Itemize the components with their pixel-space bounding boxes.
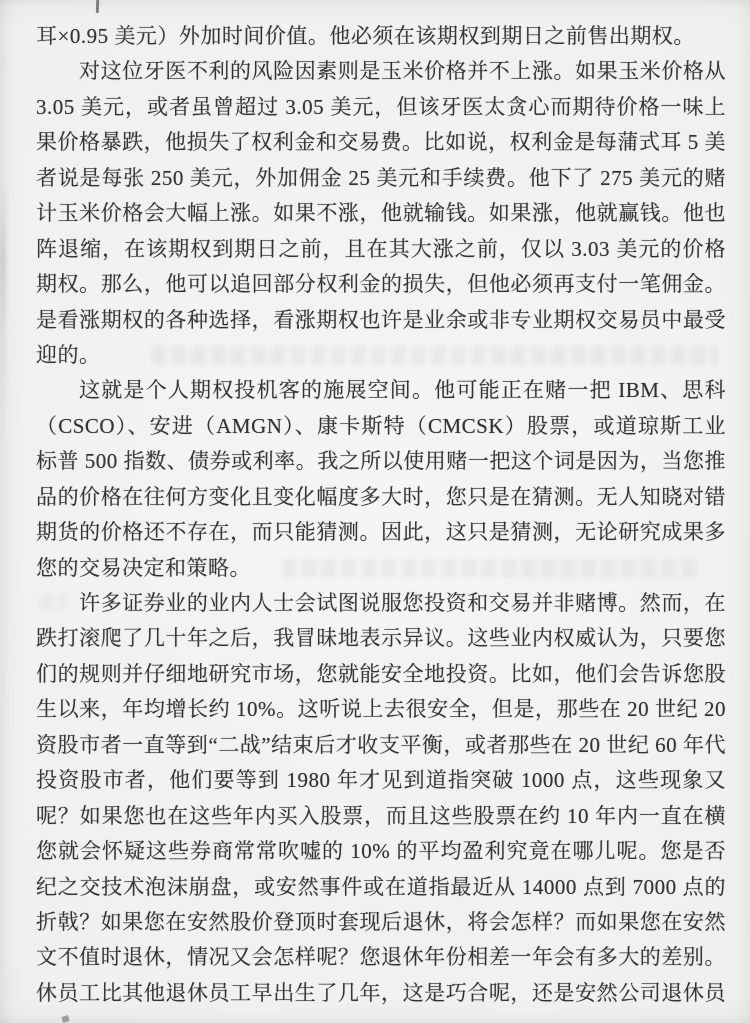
text-line: 期权。那么，他可以追回部分权利金的损失，但他必须再支付一笔佣金。上述都	[36, 267, 726, 302]
scanned-book-page: 耳×0.95 美元）外加时间价值。他必须在该期权到期日之前售出期权。对这位牙医不…	[0, 0, 750, 1023]
text-line: 您就会怀疑这些券商常常吹嘘的 10% 的平均盈利究竟在哪儿呢。您是否也在世	[36, 834, 726, 869]
bleed-through-ghost-text	[40, 594, 66, 610]
text-line: 跌打滚爬了几十年之后，我冒昧地表示异议。这些业内权威认为，只要您遵循他	[36, 621, 726, 656]
text-line: 阵退缩，在该期权到期日之前，且在其大涨之前，仅以 3.03 美元的价格售出该	[36, 232, 726, 267]
text-line: 呢？如果您也在这些年内买入股票，而且这些股票在约 10 年内一直在横盘调整，	[36, 799, 726, 834]
scan-edge-mark	[96, 0, 99, 13]
text-line: 折戟？如果您在安然股价登顶时套现后退休，将会怎样？而如果您在安然股价一	[36, 905, 726, 940]
text-line: 休员工比其他退休员工早出生了几年，这是巧合呢，还是安然公司退休员工计划	[36, 976, 726, 1011]
text-line: 果价格暴跌，他损失了权利金和交易费。比如说，权利金是每蒲式耳 5 美分，或	[36, 125, 726, 160]
text-line: 资股市者一直等到“二战”结束后才收支平衡，或者那些在 20 世纪 60 年代中期	[36, 728, 726, 763]
text-line: 这就是个人期权投机客的施展空间。他可能正在赌一把 IBM、思科	[36, 373, 726, 408]
text-line: 文不值时退休，情况又会怎样呢？您退休年份相差一年会有多大的差别。某些退	[36, 940, 726, 975]
text-line: 们的规则并仔细地研究市场，您就能安全地投资。比如，他们会告诉您股市自诞	[36, 657, 726, 692]
text-line: 投资股市者，他们要等到 1980 年才见到道指突破 1000 点，这些现象又如何…	[36, 763, 726, 798]
text-line: 对这位牙医不利的风险因素则是玉米价格并不上涨。如果玉米价格从未超过	[36, 54, 726, 89]
text-line: 计玉米价格会大幅上涨。如果不涨，他就输钱。如果涨，他就赢钱。他也可能临	[36, 196, 726, 231]
text-line: 许多证券业的业内人士会试图说服您投资和交易并非赌博。然而，在该行业	[36, 586, 726, 621]
bleed-through-ghost-text	[282, 559, 702, 578]
scan-left-smudge	[0, 180, 6, 440]
text-line: （CSCO）、安进（AMGN）、康卡斯特（CMCSK）股票，或道琼斯工业平均指数…	[36, 409, 726, 444]
text-line: 纪之交技术泡沫崩盘，或安然事件或在道指最近从 14000 点到 7000 点的跳…	[36, 870, 726, 905]
page-text: 耳×0.95 美元）外加时间价值。他必须在该期权到期日之前售出期权。对这位牙医不…	[36, 19, 726, 1011]
text-line: 耳×0.95 美元）外加时间价值。他必须在该期权到期日之前售出期权。	[36, 19, 726, 54]
text-line: 标普 500 指数、债券或利率。我之所以使用赌一把这个词是因为，当您推测某产	[36, 444, 726, 479]
text-line: 者说是每张 250 美元，外加佣金 25 美元和手续费。他下了 275 美元的赌…	[36, 161, 726, 196]
text-line: 是看涨期权的各种选择，看涨期权也许是业余或非专业期权交易员中最受欢	[36, 303, 726, 338]
bleed-through-ghost-text	[152, 346, 718, 365]
text-line: 品的价格在往何方变化且变化幅度多大时，您只是在猜测。无人知晓对错与否。	[36, 480, 726, 515]
text-line: 3.05 美元，或者虽曾超过 3.05 美元，但该牙医太贪心而期待价格一味上涨，…	[36, 90, 726, 125]
text-line: 期货的价格还不存在，而只能猜测。因此，这只是猜测，无论研究成果多么支持	[36, 515, 726, 550]
text-line: 生以来，年均增长约 10%。这听说上去很安全，但是，那些在 20 世纪 20 年…	[36, 692, 726, 727]
cut-off-next-line-mark	[61, 1015, 70, 1023]
